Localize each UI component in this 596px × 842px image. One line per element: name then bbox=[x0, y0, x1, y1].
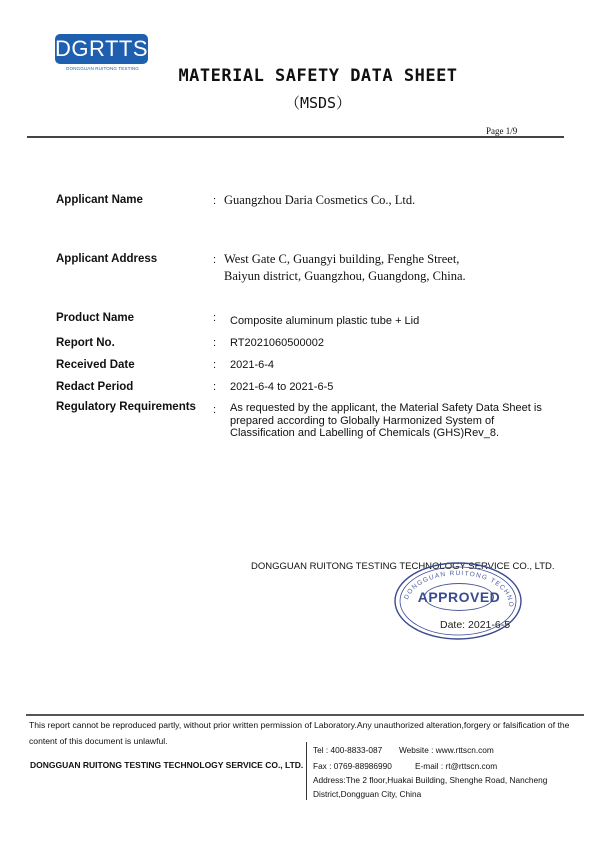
field-colon: : bbox=[213, 312, 216, 324]
document-title: MATERIAL SAFETY DATA SHEET bbox=[0, 66, 596, 86]
field-value-product-name: Composite aluminum plastic tube + Lid bbox=[230, 315, 419, 328]
field-colon: : bbox=[213, 254, 216, 266]
field-value-received-date: 2021-6-4 bbox=[230, 359, 274, 372]
field-label-applicant-address: Applicant Address bbox=[56, 253, 157, 265]
footer-address-line2: District,Dongguan City, China bbox=[313, 789, 421, 799]
company-logo: DGRTTS bbox=[55, 34, 148, 64]
field-colon: : bbox=[213, 381, 216, 393]
footer-company-name: DONGGUAN RUITONG TESTING TECHNOLOGY SERV… bbox=[30, 760, 303, 770]
field-label-received-date: Received Date bbox=[56, 359, 135, 371]
field-label-report-no: Report No. bbox=[56, 337, 115, 349]
footer-disclaimer: This report cannot be reproduced partly,… bbox=[29, 717, 585, 749]
footer-website: Website : www.rttscn.com bbox=[399, 745, 494, 755]
footer-divider bbox=[26, 714, 584, 716]
field-value-report-no: RT2021060500002 bbox=[230, 337, 324, 350]
header-divider bbox=[27, 136, 564, 138]
footer-email: E-mail : rt@rttscn.com bbox=[415, 761, 497, 771]
footer-address-line1: Address:The 2 floor,Huakai Building, She… bbox=[313, 775, 547, 785]
field-colon: : bbox=[213, 337, 216, 349]
approval-date: Date: 2021-6-5 bbox=[440, 619, 510, 631]
field-colon: : bbox=[213, 359, 216, 371]
field-label-regulatory-requirements: Regulatory Requirements bbox=[56, 401, 196, 413]
field-colon: : bbox=[213, 404, 216, 416]
footer-vertical-divider bbox=[306, 742, 307, 800]
field-value-regulatory-requirements: As requested by the applicant, the Mater… bbox=[230, 402, 542, 440]
field-colon: : bbox=[213, 195, 216, 207]
logo-text: DGRTTS bbox=[55, 36, 148, 62]
footer-tel: Tel : 400-8833-087 bbox=[313, 745, 382, 755]
field-value-redact-period: 2021-6-4 to 2021-6-5 bbox=[230, 381, 333, 394]
footer-fax: Fax : 0769-88986990 bbox=[313, 761, 392, 771]
field-label-applicant-name: Applicant Name bbox=[56, 194, 143, 206]
stamp-approved-label: APPROVED bbox=[424, 583, 494, 611]
field-label-product-name: Product Name bbox=[56, 312, 134, 324]
field-label-redact-period: Redact Period bbox=[56, 381, 133, 393]
field-value-applicant-name: Guangzhou Daria Cosmetics Co., Ltd. bbox=[224, 192, 415, 209]
page-indicator: Page 1/9 bbox=[486, 126, 517, 136]
document-subtitle: （MSDS） bbox=[0, 92, 596, 113]
field-value-applicant-address: West Gate C, Guangyi building, Fenghe St… bbox=[224, 251, 466, 285]
